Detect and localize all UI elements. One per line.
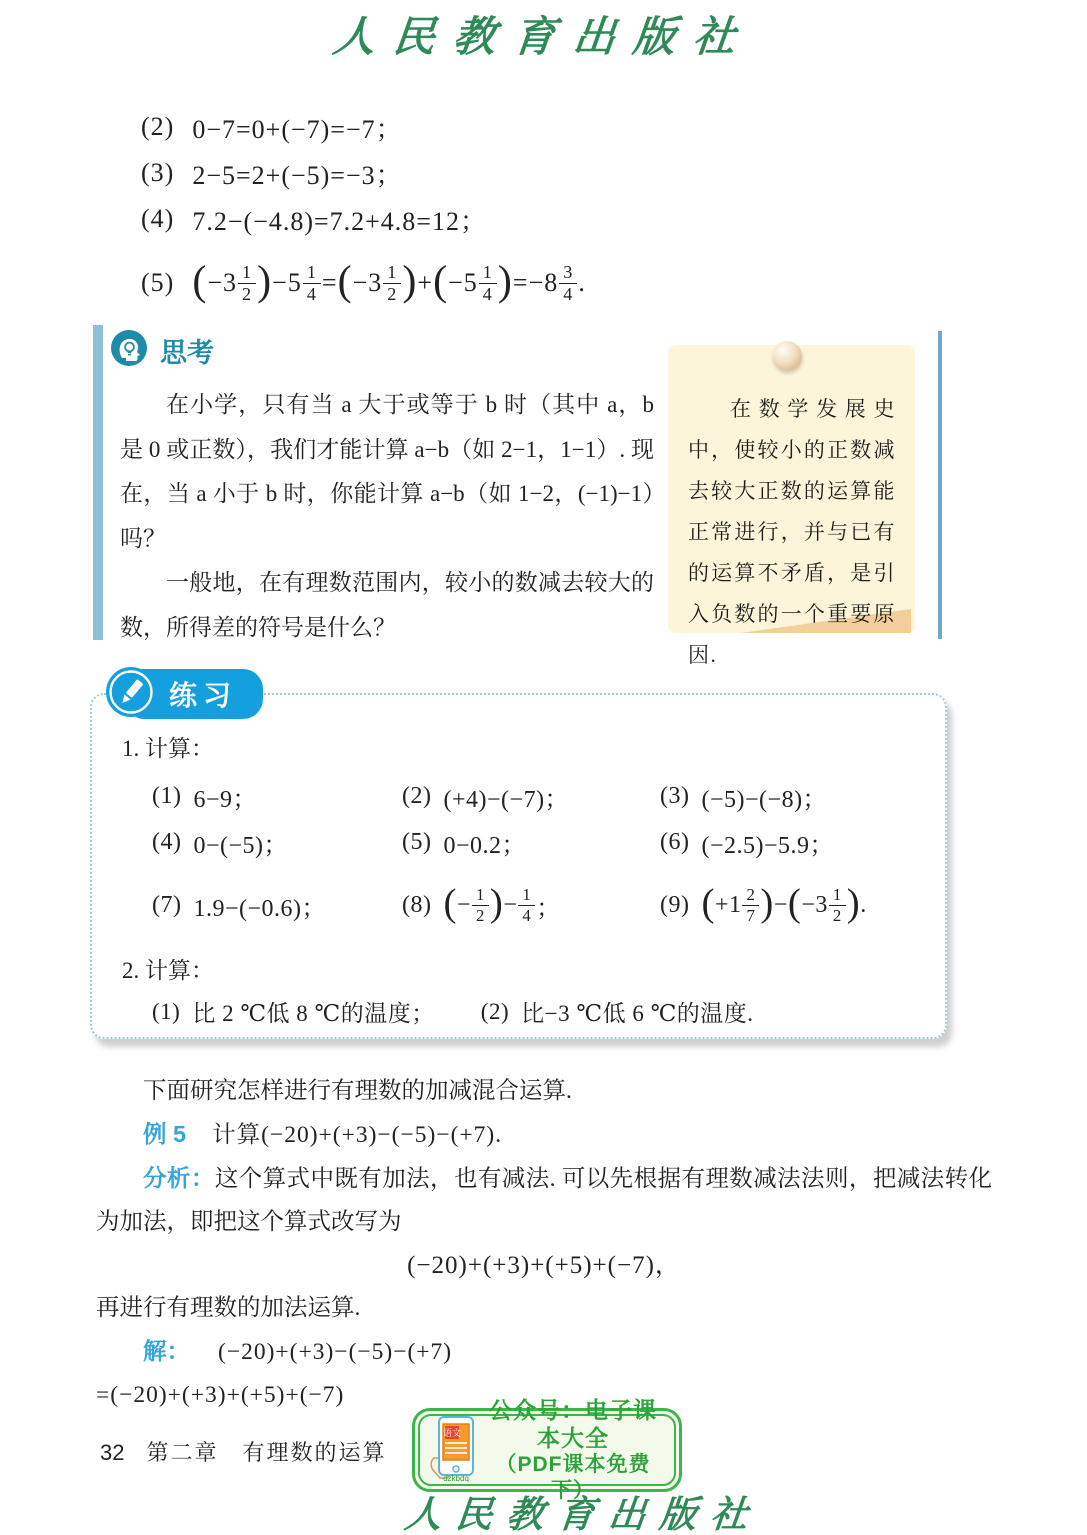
icon-caption: dzkbdq (443, 1474, 469, 1482)
practice-item: (1) 比 2 ℃低 8 ℃的温度； (152, 995, 435, 1028)
equation-list: (2) 0−7=0+(−7)=−7； (3) 2−5=2+(−5)=−3； (4… (141, 104, 586, 320)
analysis-label: 分析： (143, 1165, 215, 1191)
history-note: 在数学发展史中，使较小的正数减去较大正数的运算能正常进行，并与已有的运算不矛盾，… (668, 345, 915, 633)
practice-item: (4) 0−(−5)； (152, 825, 402, 860)
solution-label: 解： (143, 1338, 190, 1364)
item-expression: (−2.5)−5.9； (701, 825, 834, 860)
item-number: (2) (402, 783, 431, 810)
practice-content: 1. 计算： (1) 6−9； (2) (+4)−(−7)； (3) (−5)−… (92, 695, 945, 1028)
badge-line1: 公众号：电子课本大全 (480, 1396, 666, 1452)
chapter-title: 第二章 有理数的运算 (146, 1436, 386, 1467)
item-expression: 0−(−5)； (193, 825, 288, 860)
think-section: 思考 在小学，只有当 a 大于或等于 b 时（其中 a，b 是 0 或正数），我… (93, 325, 942, 640)
page-number: 32 (100, 1440, 124, 1466)
think-header: 思考 (110, 329, 214, 372)
note-text: 在数学发展史中，使较小的正数减去较大正数的运算能正常进行，并与已有的运算不矛盾，… (688, 389, 896, 676)
item-expression: (−5)−(−8)； (701, 779, 827, 814)
practice-item: (2) (+4)−(−7)； (402, 779, 660, 814)
practice-q1-label: 1. 计算： (122, 733, 925, 765)
example-expression: 计算(−20)+(+3)−(−5)−(+7). (212, 1122, 502, 1148)
icon-book-label: 语文 (443, 1427, 461, 1438)
solution-line1: 解：(−20)+(+3)−(−5)−(+7) (96, 1330, 992, 1374)
item-text: 比 2 ℃低 8 ℃的温度； (192, 995, 434, 1028)
equation-body: (−312)−514=(−312)+(−514)=−834. (192, 262, 586, 305)
practice-section: 练习 1. 计算： (1) 6−9； (2) (+4)−(−7)； (3) (−… (90, 693, 947, 1039)
right-accent-line (938, 331, 942, 639)
analysis-text: 这个算式中既有加法，也有减法. 可以先根据有理数减法法则，把减法转化为加法，即把… (96, 1166, 992, 1235)
equation-body: 0−7=0+(−7)=−7； (192, 109, 402, 146)
practice-item: (8) (−12)−14； (402, 885, 660, 925)
item-number: (9) (660, 892, 689, 919)
item-number: (1) (152, 783, 181, 810)
think-body: 在小学，只有当 a 大于或等于 b 时（其中 a，b 是 0 或正数），我们才能… (120, 383, 654, 650)
equation-row: (2) 0−7=0+(−7)=−7； (141, 104, 586, 150)
item-number: (7) (152, 892, 181, 919)
equation-row: (3) 2−5=2+(−5)=−3； (141, 150, 586, 196)
wechat-badge: 语文 dzkbdq 公众号：电子课本大全 （PDF课本免费下） (412, 1408, 682, 1492)
item-number: (5) (402, 829, 431, 856)
equation-number: (2) (141, 112, 174, 142)
item-expression: 6−9； (193, 779, 257, 814)
practice-item: (1) 6−9； (152, 779, 402, 814)
practice-q1-grid: (1) 6−9； (2) (+4)−(−7)； (3) (−5)−(−8)； (… (152, 773, 925, 945)
equation-body: 7.2−(−4.8)=7.2+4.8=12； (192, 201, 487, 238)
item-expression: 0−0.2； (443, 825, 526, 860)
practice-item: (5) 0−0.2； (402, 825, 660, 860)
after-paragraph: 再进行有理数的加法运算. (96, 1287, 992, 1330)
think-paragraph: 一般地，在有理数范围内，较小的数减去较大的数，所得差的符号是什么？ (120, 561, 654, 650)
phone-book-icon: 语文 dzkbdq (428, 1414, 480, 1487)
analysis-paragraph: 分析：这个算式中既有加法，也有减法. 可以先根据有理数减法法则，把减法转化为加法… (96, 1157, 992, 1244)
practice-q2-row: (1) 比 2 ℃低 8 ℃的温度； (2) 比−3 ℃低 6 ℃的温度. (152, 995, 925, 1028)
pin-bead-icon (772, 341, 802, 371)
intro-paragraph: 下面研究怎样进行有理数的加减混合运算. (96, 1070, 992, 1113)
item-text: 比−3 ℃低 6 ℃的温度. (521, 995, 753, 1028)
equation-number: (5) (141, 268, 174, 298)
item-expression: 1.9−(−0.6)； (193, 888, 326, 923)
think-paragraph: 在小学，只有当 a 大于或等于 b 时（其中 a，b 是 0 或正数），我们才能… (120, 383, 654, 561)
solution-expression-1: (−20)+(+3)−(−5)−(+7) (218, 1339, 452, 1365)
equation-body: 2−5=2+(−5)=−3； (192, 155, 402, 192)
practice-item: (7) 1.9−(−0.6)； (152, 888, 402, 923)
rewritten-expression: (−20)+(+3)+(+5)+(−7)， (96, 1244, 992, 1287)
publisher-logo-top: 人民教育出版社 (0, 4, 1087, 64)
practice-title: 练习 (169, 674, 237, 714)
practice-q2-label: 2. 计算： (122, 955, 925, 987)
practice-item: (9) (+127)−(−312). (660, 885, 925, 925)
footer: 32 第二章 有理数的运算 (100, 1436, 387, 1467)
think-lightbulb-icon (110, 329, 148, 372)
left-accent-bar (93, 325, 103, 640)
lesson-text: 下面研究怎样进行有理数的加减混合运算. 例 5计算(−20)+(+3)−(−5)… (96, 1070, 992, 1417)
practice-item: (3) (−5)−(−8)； (660, 779, 925, 814)
item-number: (6) (660, 829, 689, 856)
think-title: 思考 (160, 331, 214, 370)
example-label: 例 5 (143, 1121, 186, 1147)
equation-number: (4) (141, 204, 174, 234)
practice-item: (6) (−2.5)−5.9； (660, 825, 925, 860)
item-number: (2) (481, 999, 509, 1025)
equation-row: (4) 7.2−(−4.8)=7.2+4.8=12； (141, 196, 586, 242)
practice-item: (2) 比−3 ℃低 6 ℃的温度. (481, 995, 754, 1028)
equation-row: (5) (−312)−514=(−312)+(−514)=−834. (141, 246, 586, 320)
pencil-icon (105, 666, 157, 723)
publisher-logo-bottom: 人民教育出版社 (0, 1484, 1087, 1535)
example-line: 例 5计算(−20)+(+3)−(−5)−(+7). (96, 1113, 992, 1157)
item-number: (4) (152, 829, 181, 856)
equation-number: (3) (141, 158, 174, 188)
textbook-page: 人民教育出版社 (2) 0−7=0+(−7)=−7； (3) 2−5=2+(−5… (0, 0, 1087, 1535)
practice-header: 练习 (105, 669, 263, 719)
wechat-badge-inner: 语文 dzkbdq 公众号：电子课本大全 （PDF课本免费下） (418, 1414, 676, 1486)
item-expression: (+127)−(−312). (701, 885, 866, 925)
item-expression: (+4)−(−7)； (443, 779, 569, 814)
item-number: (3) (660, 783, 689, 810)
item-number: (8) (402, 892, 431, 919)
item-expression: (−12)−14； (443, 885, 560, 925)
item-number: (1) (152, 999, 180, 1025)
